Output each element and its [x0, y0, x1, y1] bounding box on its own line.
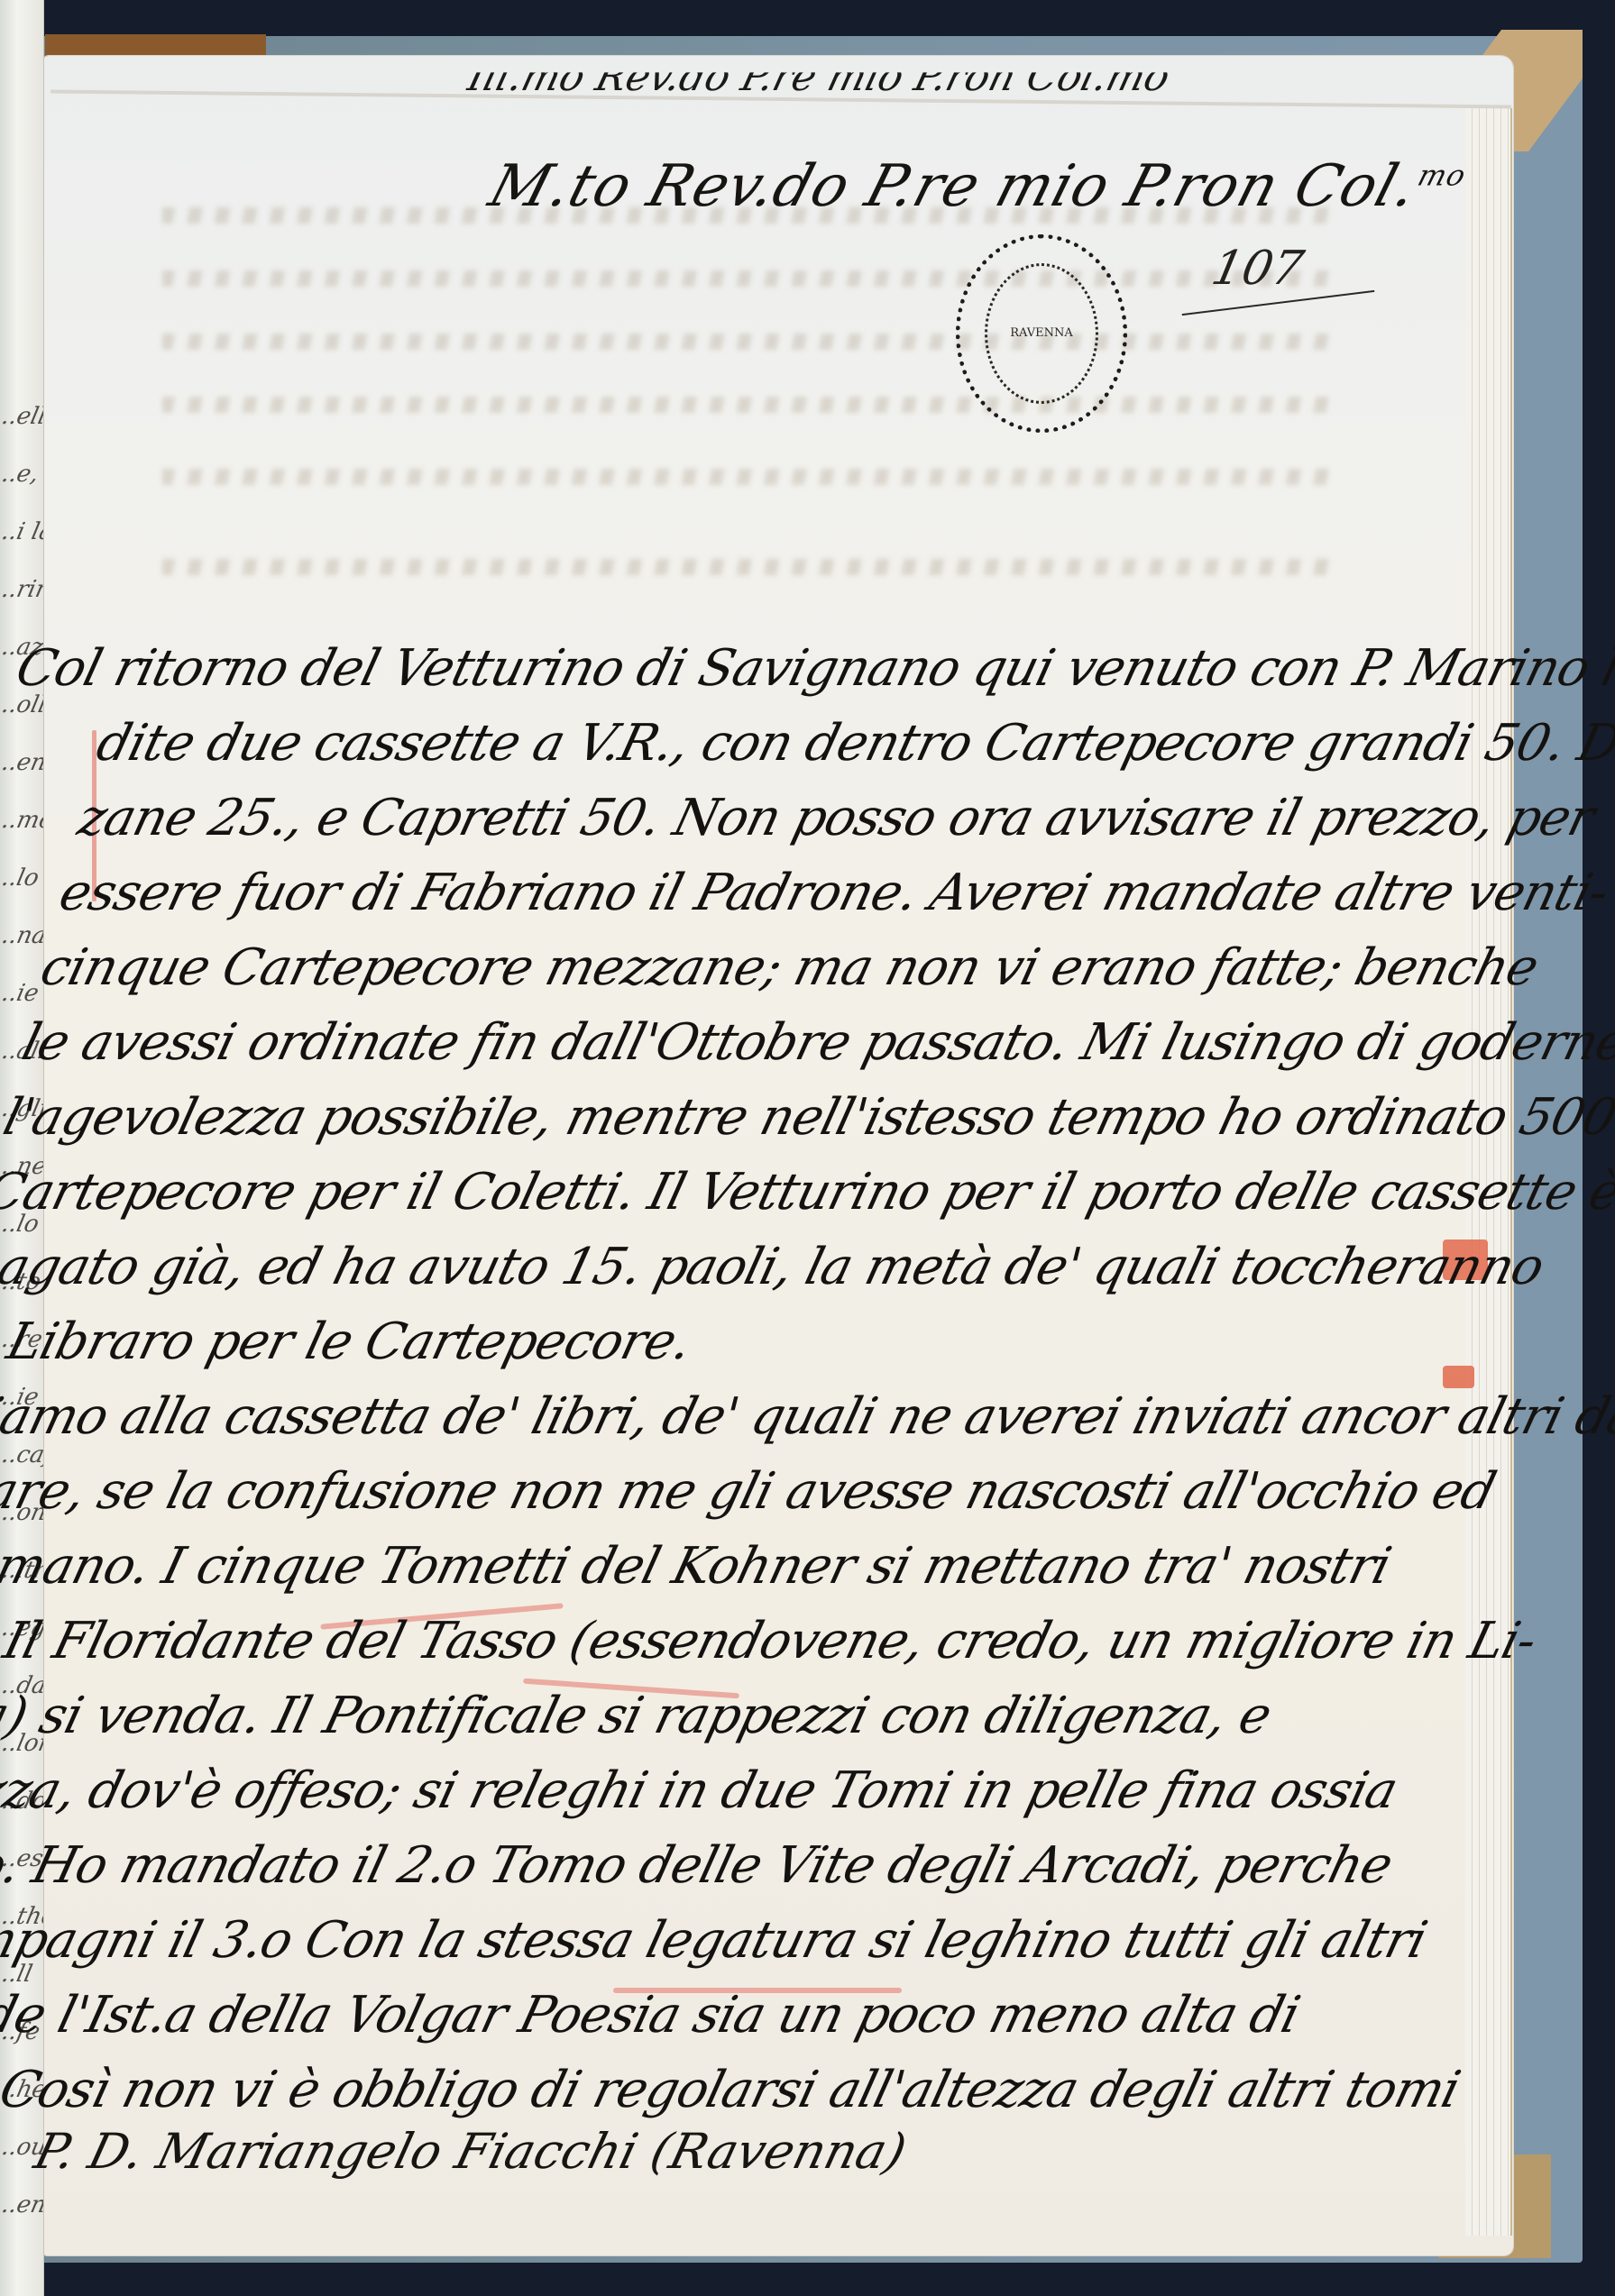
body-line: legatura. Così non vi è obbligo di regol… — [0, 2053, 1115, 2127]
ink-bleed-through — [162, 559, 1335, 575]
body-line: Cartepecore per il Coletti. Il Vetturino… — [0, 1155, 1339, 1230]
fragment: ...en — [0, 2176, 43, 2227]
body-line: pulitezza, dov'è offeso; si releghi in d… — [0, 1753, 1190, 1828]
letter-body: Col ritorno del Vetturino di Savignano q… — [0, 631, 1470, 2127]
body-line: breria) si venda. Il Pontificale si rapp… — [0, 1679, 1208, 1753]
body-line: Venghiamo alla cassetta de' libri, de' q… — [0, 1379, 1283, 1454]
body-line: libri. Il Floridante del Tasso (essendov… — [0, 1604, 1227, 1679]
fragment: ...rino — [0, 561, 43, 618]
stamp-center: RAVENNA — [985, 263, 1098, 404]
body-line: libri. Onde l'Ist.a della Volgar Poesia … — [0, 1978, 1134, 2053]
body-line: essere fuor di Fabriano il Padrone. Aver… — [0, 855, 1414, 930]
ink-bleed-through — [162, 270, 1335, 287]
signature: P. D. Mariangelo Fiacchi (Ravenna) — [29, 2123, 912, 2180]
ink-bleed-through — [162, 334, 1335, 350]
ink-bleed-through — [162, 469, 1335, 485]
stamp-text: RAVENNA — [1010, 327, 1073, 340]
fragment: ...ella — [0, 388, 43, 445]
body-line: zane 25., e Capretti 50. Non posso ora a… — [0, 781, 1433, 855]
body-line: l'agevolezza possibile, mentre nell'iste… — [0, 1080, 1358, 1155]
body-line: cinque Cartepecore mezzane; ma non vi er… — [0, 930, 1395, 1005]
body-line: le avessi ordinate fin dall'Ottobre pass… — [0, 1005, 1377, 1080]
body-line: con oro. Ho mandato il 2.o Tomo delle Vi… — [0, 1828, 1171, 1903]
body-line: legare, se la confusione non me gli aves… — [0, 1454, 1264, 1529]
fragment: ...e, i seg — [0, 445, 43, 503]
salutation-superscript: mo — [1414, 159, 1471, 193]
body-line: alla mano. I cinque Tometti del Kohner s… — [0, 1529, 1246, 1604]
ink-bleed-through — [162, 397, 1335, 413]
body-line: Col ritorno del Vetturino di Savignano q… — [8, 631, 1470, 706]
salutation: M.to Rev.do P.re mio P.ron Col.mo — [482, 153, 1472, 220]
body-line: pagato già, ed ha avuto 15. paoli, la me… — [0, 1230, 1320, 1304]
body-line: al Libraro per le Cartepecore. — [0, 1304, 1302, 1379]
salutation-text: M.to Rev.do P.re mio P.ron Col. — [482, 153, 1425, 220]
body-line: si accompagni il 3.o Con la stessa legat… — [0, 1903, 1152, 1978]
red-seal-fragment — [1443, 1366, 1474, 1388]
archive-stamp-icon: RAVENNA — [956, 234, 1127, 433]
fragment: ...i la — [0, 503, 43, 561]
folio-number: 107 — [1207, 242, 1308, 296]
body-line: dite due cassette a V.R., con dentro Car… — [0, 706, 1451, 781]
